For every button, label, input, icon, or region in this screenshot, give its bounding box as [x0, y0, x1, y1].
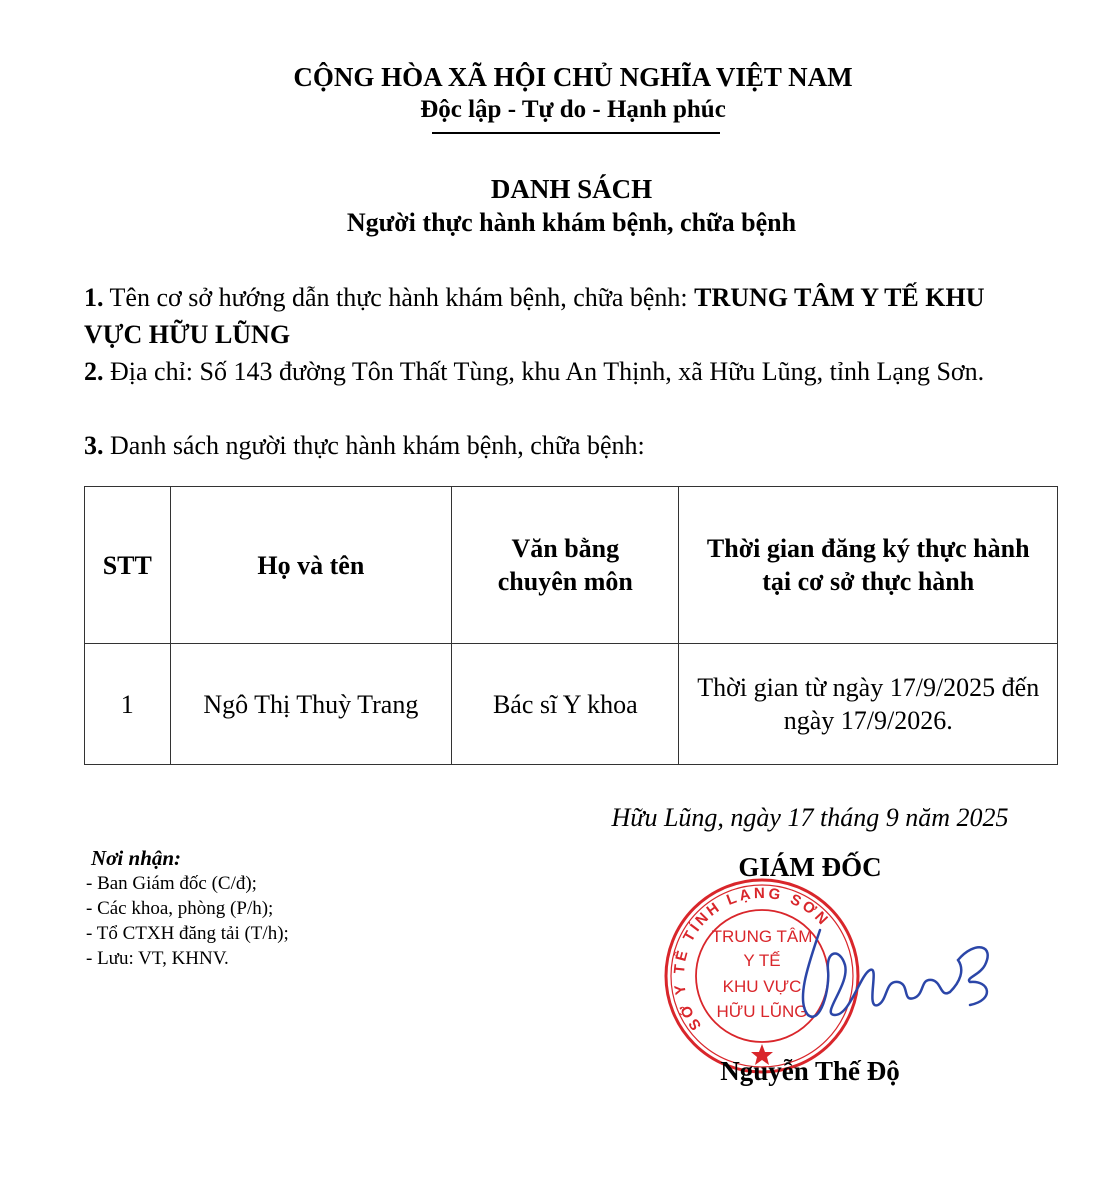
recipient-item: - Tổ CTXH đăng tải (T/h); [86, 921, 289, 946]
cell-name: Ngô Thị Thuỳ Trang [170, 644, 452, 765]
item-address: 2. Địa chỉ: Số 143 đường Tôn Thất Tùng, … [84, 353, 1044, 390]
signer-name: Nguyễn Thế Độ [580, 1056, 1040, 1087]
address-text: Địa chỉ: Số 143 đường Tôn Thất Tùng, khu… [104, 357, 985, 386]
national-name: CỘNG HÒA XÃ HỘI CHỦ NGHĨA VIỆT NAM [0, 62, 1103, 93]
cell-degree: Bác sĩ Y khoa [452, 644, 679, 765]
motto-underline [432, 132, 720, 134]
handwritten-signature-icon [790, 920, 1010, 1030]
header-name: Họ và tên [170, 487, 452, 644]
header-degree: Văn bằng chuyên môn [452, 487, 679, 644]
recipients-block: Nơi nhận: - Ban Giám đốc (C/đ); - Các kh… [86, 846, 289, 971]
recipient-item: - Ban Giám đốc (C/đ); [86, 871, 289, 896]
header-time: Thời gian đăng ký thực hành tại cơ sở th… [679, 487, 1058, 644]
cell-stt: 1 [85, 644, 171, 765]
item-facility-name: 1. Tên cơ sở hướng dẫn thực hành khám bệ… [84, 279, 1044, 353]
document-subtitle: Người thực hành khám bệnh, chữa bệnh [0, 208, 1103, 238]
item-number: 3. [84, 431, 104, 460]
table-header-row: STT Họ và tên Văn bằng chuyên môn Thời g… [85, 487, 1058, 644]
item-number: 1. [84, 283, 104, 312]
recipient-item: - Lưu: VT, KHNV. [86, 946, 289, 971]
item-number: 2. [84, 357, 104, 386]
recipients-title: Nơi nhận: [91, 846, 289, 871]
stamp-line: Y TẾ [743, 951, 780, 970]
practitioner-table: STT Họ và tên Văn bằng chuyên môn Thời g… [84, 486, 1058, 765]
national-motto: Độc lập - Tự do - Hạnh phúc [0, 96, 1103, 124]
item-label: Tên cơ sở hướng dẫn thực hành khám bệnh,… [104, 283, 695, 312]
header-stt: STT [85, 487, 171, 644]
table-row: 1 Ngô Thị Thuỳ Trang Bác sĩ Y khoa Thời … [85, 644, 1058, 765]
list-intro-text: Danh sách người thực hành khám bệnh, chữ… [104, 431, 645, 460]
cell-time: Thời gian từ ngày 17/9/2025 đến ngày 17/… [679, 644, 1058, 765]
recipient-item: - Các khoa, phòng (P/h); [86, 896, 289, 921]
place-date: Hữu Lũng, ngày 17 tháng 9 năm 2025 [580, 803, 1040, 833]
document-title: DANH SÁCH [0, 174, 1103, 205]
item-list-intro: 3. Danh sách người thực hành khám bệnh, … [84, 427, 1044, 464]
